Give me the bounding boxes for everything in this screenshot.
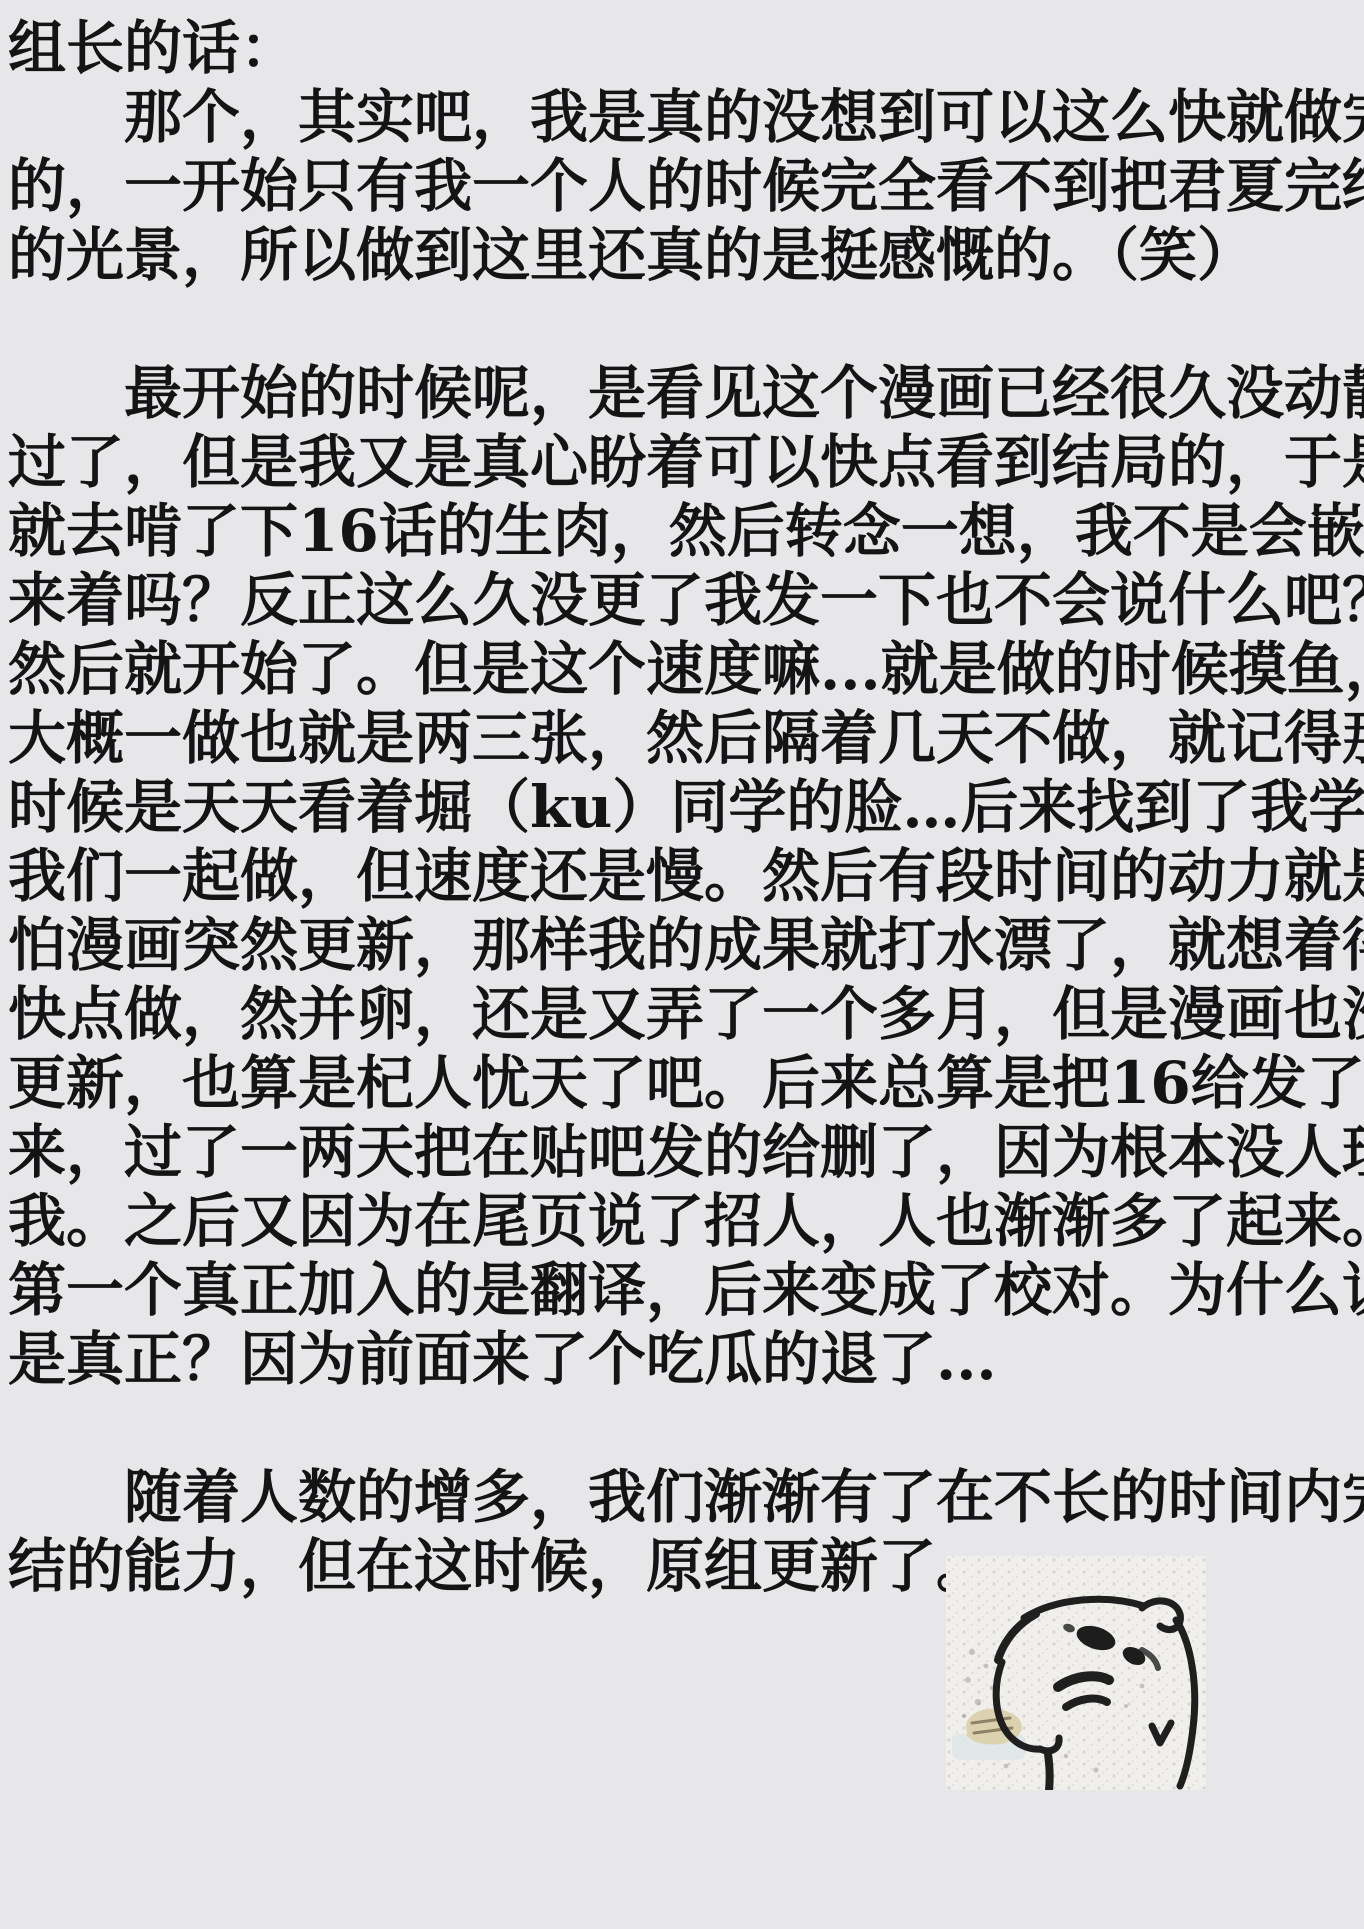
text-line: 来着吗？反正这么久没更了我发一下也不会说什么吧？ <box>8 566 1356 635</box>
text-line: 第一个真正加入的是翻译，后来变成了校对。为什么说 <box>8 1256 1356 1325</box>
text-line: 过了，但是我又是真心盼着可以快点看到结局的，于是 <box>8 428 1356 497</box>
credits-page: 组长的话： 那个，其实吧，我是真的没想到可以这么快就做完 的，一开始只有我一个人… <box>0 0 1364 1929</box>
group-leader-note: 组长的话： 那个，其实吧，我是真的没想到可以这么快就做完 的，一开始只有我一个人… <box>0 0 1364 1601</box>
paragraph-gap <box>8 290 1356 359</box>
text-line: 更新，也算是杞人忧天了吧。后来总算是把16给发了出 <box>8 1049 1356 1118</box>
bear-doodle-svg <box>946 1556 1206 1790</box>
page-title: 组长的话： <box>8 14 1356 83</box>
text-line: 最开始的时候呢，是看见这个漫画已经很久没动静 <box>8 359 1356 428</box>
text-line: 时候是天天看着堀（ku）同学的脸…后来找到了我学长 <box>8 773 1356 842</box>
text-line: 我。之后又因为在尾页说了招人，人也渐渐多了起来。 <box>8 1187 1356 1256</box>
text-line: 我们一起做，但速度还是慢。然后有段时间的动力就是 <box>8 842 1356 911</box>
text-line: 来，过了一两天把在贴吧发的给删了，因为根本没人理 <box>8 1118 1356 1187</box>
text-line: 是真正？因为前面来了个吃瓜的退了... <box>8 1325 1356 1394</box>
bear-sketch-meme-image <box>946 1556 1206 1790</box>
text-line: 大概一做也就是两三张，然后隔着几天不做，就记得那 <box>8 704 1356 773</box>
text-line: 怕漫画突然更新，那样我的成果就打水漂了，就想着得 <box>8 911 1356 980</box>
text-line: 的，一开始只有我一个人的时候完全看不到把君夏完结 <box>8 152 1356 221</box>
paragraph-gap <box>8 1394 1356 1463</box>
text-line: 快点做，然并卵，还是又弄了一个多月，但是漫画也没 <box>8 980 1356 1049</box>
text-line: 就去啃了下16话的生肉，然后转念一想，我不是会嵌字 <box>8 497 1356 566</box>
text-line: 随着人数的增多，我们渐渐有了在不长的时间内完 <box>8 1463 1356 1532</box>
text-line: 然后就开始了。但是这个速度嘛...就是做的时候摸鱼， <box>8 635 1356 704</box>
text-line: 那个，其实吧，我是真的没想到可以这么快就做完 <box>8 83 1356 152</box>
text-line: 的光景，所以做到这里还真的是挺感慨的。（笑） <box>8 221 1356 290</box>
